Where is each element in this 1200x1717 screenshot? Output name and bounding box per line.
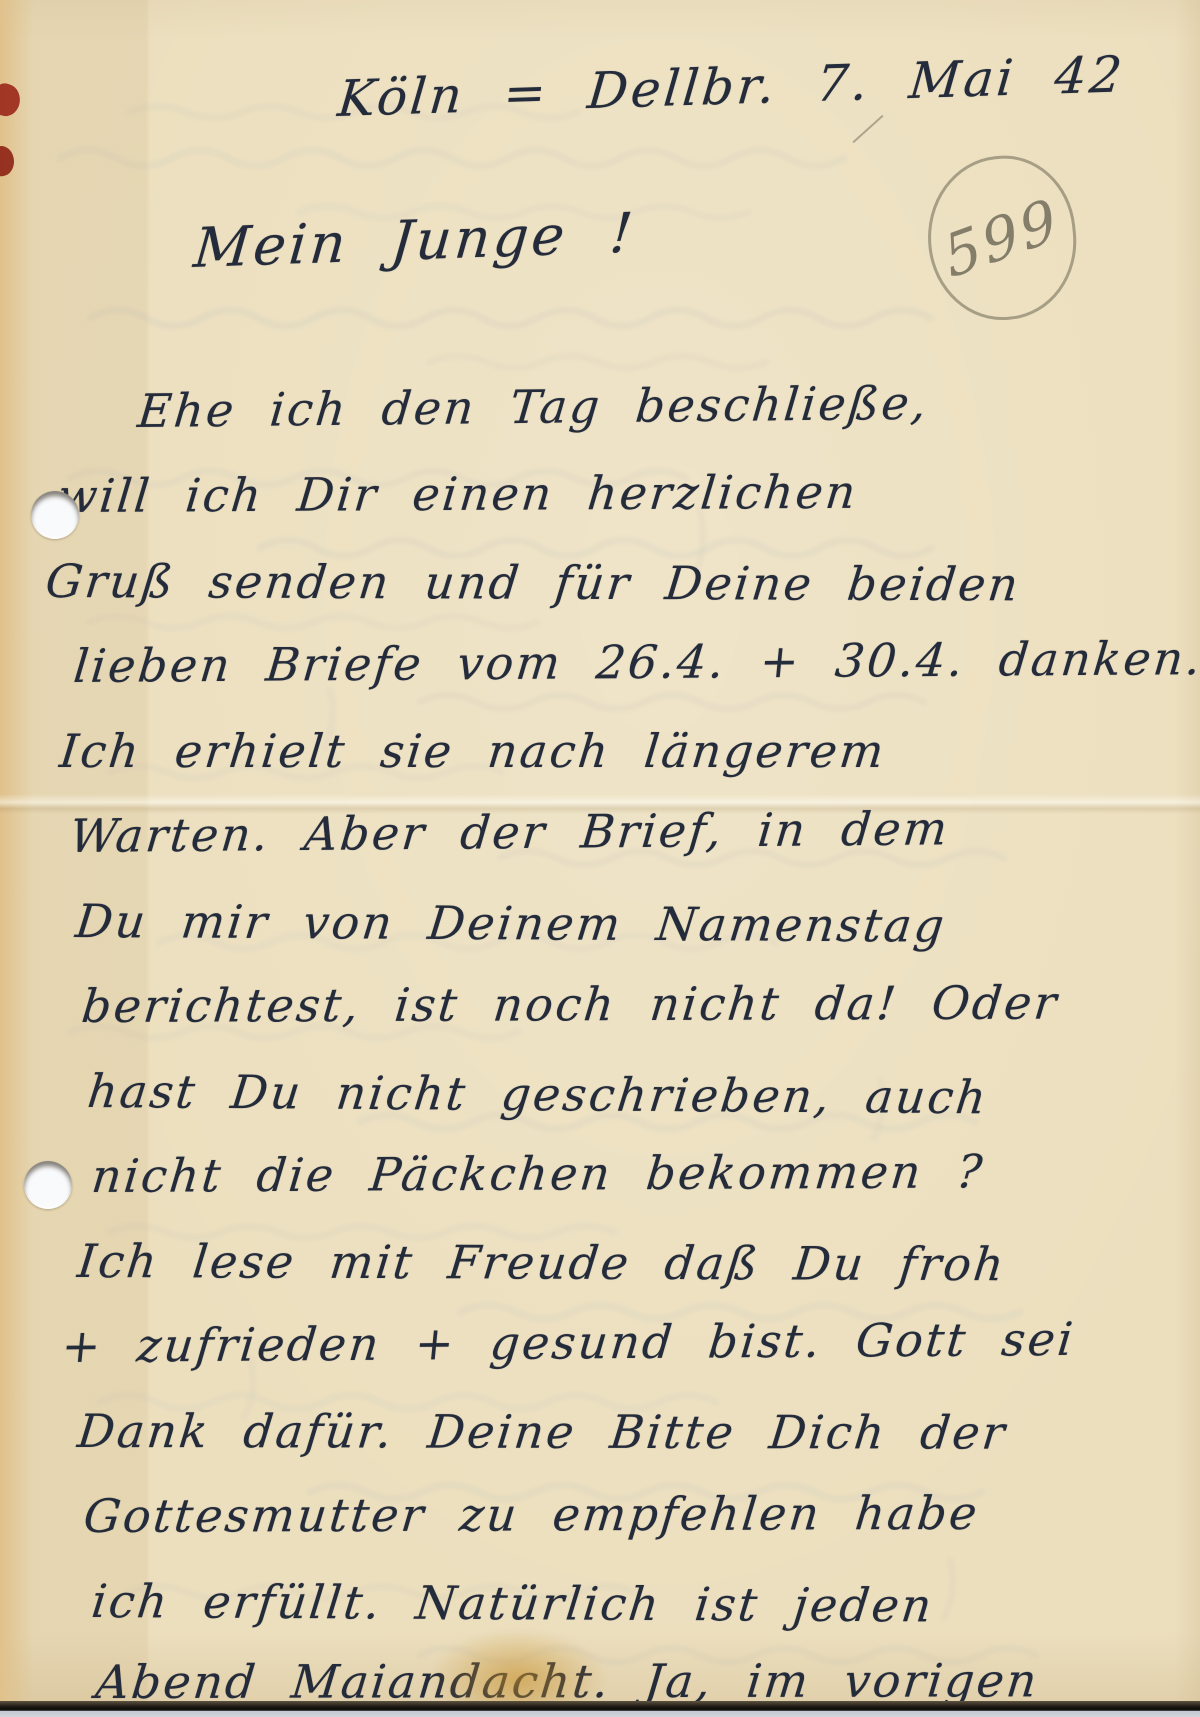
letter-line: hast Du nicht geschrieben, auch [85,1064,991,1124]
letter-paper: Köln = Dellbr. 7. Mai 42 599 Mein Junge … [0,0,1200,1702]
letter-line: nicht die Päckchen bekommen ? [89,1144,987,1203]
letter-line: + zufrieden + gesund bist. Gott sei [59,1312,1077,1373]
letter-line: lieben Briefe vom 26.4. + 30.4. danken. [71,631,1200,693]
page-bottom-edge [0,1701,1200,1717]
letter-line: Du mir von Deinem Namenstag [73,894,949,953]
letter-line: Ich erhielt sie nach längerem [57,724,888,778]
punch-hole-top [31,491,79,539]
letter-line: Ich lese mit Freude daß Du froh [75,1234,1009,1291]
letter-line: Gottesmutter zu empfehlen habe [81,1486,982,1543]
letter-line: Ehe ich den Tag beschließe, [135,376,931,438]
punch-hole-bottom [24,1161,72,1209]
archive-number: 599 [937,184,1066,291]
letter-line: ich erfüllt. Natürlich ist jeden [89,1574,937,1632]
stain [428,1628,608,1712]
letter-line: Dank dafür. Deine Bitte Dich der [75,1404,1010,1460]
letter-line: will ich Dir einen herzlichen [55,465,860,523]
letter-line: Warten. Aber der Brief, in dem [67,801,952,863]
letter-line: Gruß senden und für Deine beiden [43,554,1023,611]
scanned-letter-page: Köln = Dellbr. 7. Mai 42 599 Mein Junge … [0,0,1200,1717]
letter-line: berichtest, ist noch nicht da! Oder [79,976,1061,1033]
